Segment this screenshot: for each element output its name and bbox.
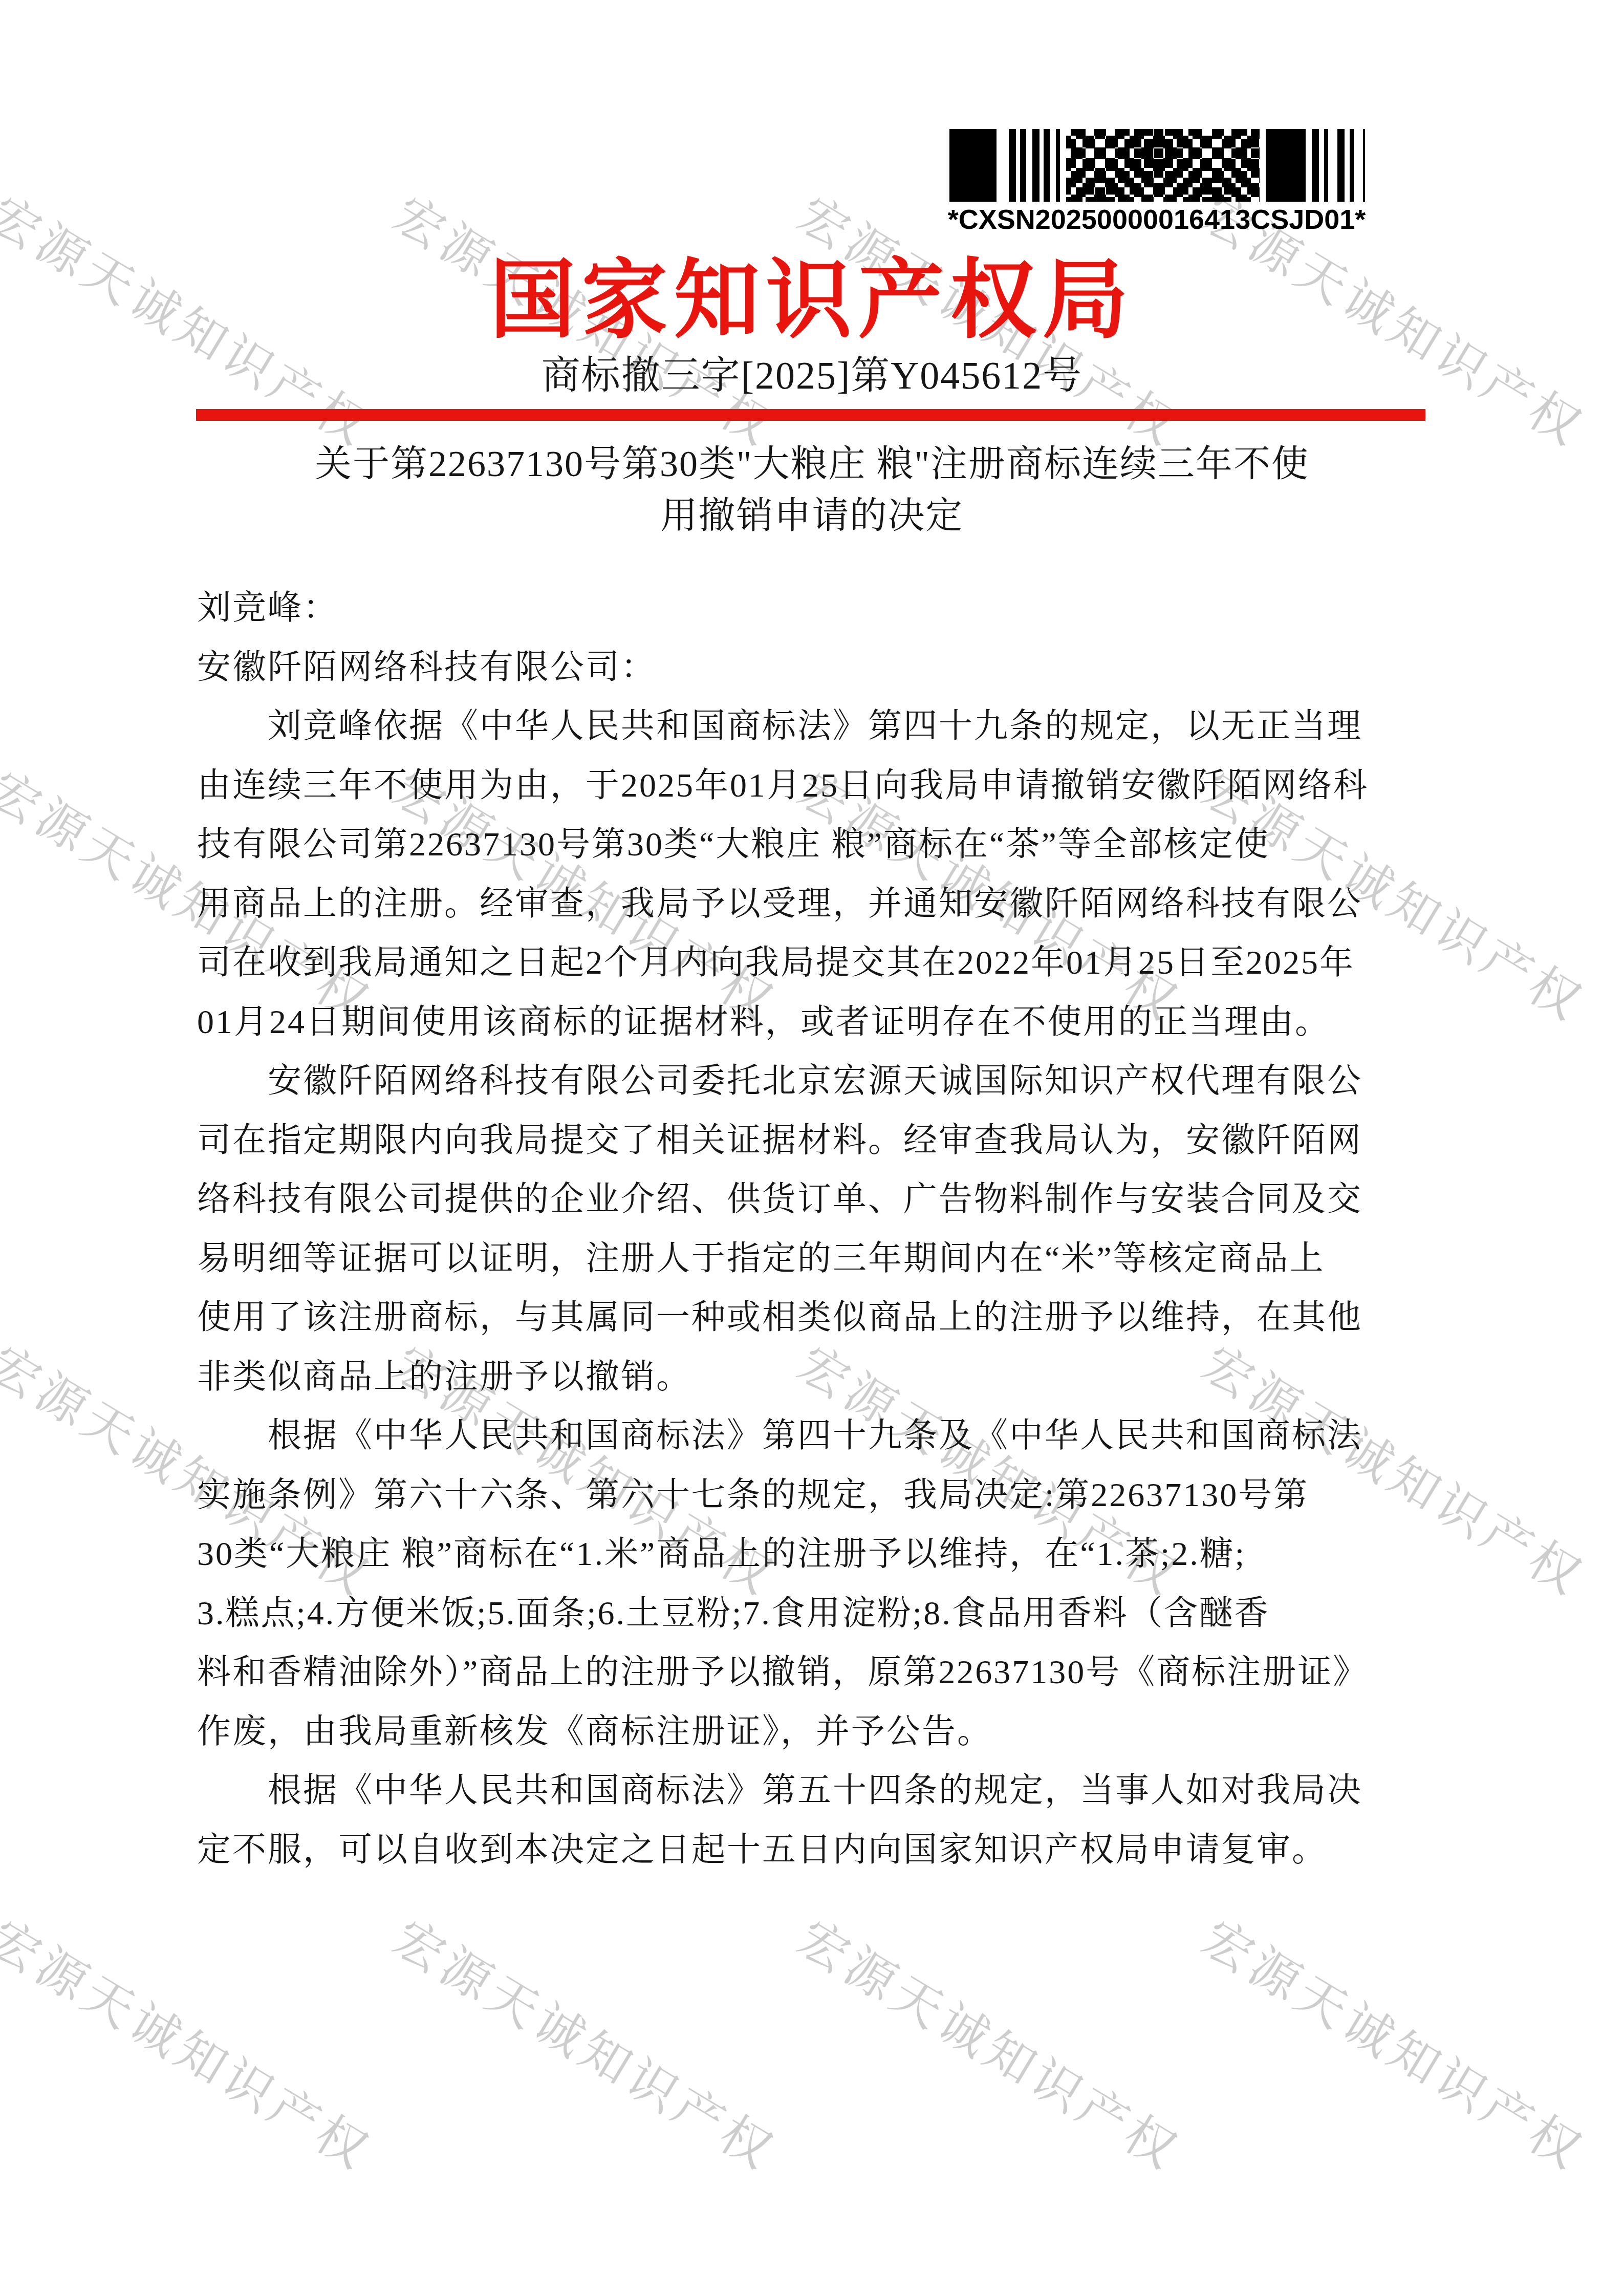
body-line: 用商品上的注册。经审查，我局予以受理，并通知安徽阡陌网络科技有限公 xyxy=(197,874,1431,934)
document-page: 宏源天诚知识产权宏源天诚知识产权宏源天诚知识产权宏源天诚知识产权宏源天诚知识产权… xyxy=(0,0,1624,2296)
body-line: 安徽阡陌网络科技有限公司委托北京宏源天诚国际知识产权代理有限公 xyxy=(197,1052,1431,1111)
body-line: 根据《中华人民共和国商标法》第五十四条的规定，当事人如对我局决 xyxy=(197,1761,1431,1820)
body-line: 司在指定期限内向我局提交了相关证据材料。经审查我局认为，安徽阡陌网 xyxy=(197,1111,1431,1170)
body-line: 司在收到我局通知之日起2个月内向我局提交其在2022年01月25日至2025年 xyxy=(197,933,1431,993)
decision-title: 关于第22637130号第30类"大粮庄 粮"注册商标连续三年不使 用撤销申请的… xyxy=(102,438,1522,542)
body-line: 30类“大粮庄 粮”商标在“1.米”商品上的注册予以维持，在“1.茶;2.糖; xyxy=(197,1525,1431,1584)
doc-number: 商标撤三字[2025]第Y045612号 xyxy=(0,344,1624,400)
body-line: 作废，由我局重新核发《商标注册证》，并予公告。 xyxy=(197,1702,1431,1762)
body-text: 刘竞峰：安徽阡陌网络科技有限公司：刘竞峰依据《中华人民共和国商标法》第四十九条的… xyxy=(197,578,1431,1879)
decision-title-line1: 关于第22637130号第30类"大粮庄 粮"注册商标连续三年不使 xyxy=(102,438,1522,490)
agency-title: 国家知识产权局 xyxy=(0,231,1624,355)
body-line: 刘竞峰依据《中华人民共和国商标法》第四十九条的规定，以无正当理 xyxy=(197,697,1431,756)
body-line: 实施条例》第六十六条、第六十七条的规定，我局决定:第22637130号第 xyxy=(197,1466,1431,1525)
body-line: 定不服，可以自收到本决定之日起十五日内向国家知识产权局申请复审。 xyxy=(197,1820,1431,1880)
barcode-stripes xyxy=(1312,129,1365,202)
body-line: 刘竞峰： xyxy=(197,578,1431,638)
body-line: 01月24日期间使用该商标的证据材料，或者证明存在不使用的正当理由。 xyxy=(197,993,1431,1052)
body-line: 根据《中华人民共和国商标法》第四十九条及《中华人民共和国商标法 xyxy=(197,1406,1431,1466)
body-line: 易明细等证据可以证明，注册人于指定的三年期间内在“米”等核定商品上 xyxy=(197,1229,1431,1289)
barcode-solid-block xyxy=(949,129,997,202)
red-divider xyxy=(196,409,1425,421)
body-line: 3.糕点;4.方便米饭;5.面条;6.土豆粉;7.食用淀粉;8.食品用香料（含醚… xyxy=(197,1584,1431,1643)
body-line: 安徽阡陌网络科技有限公司： xyxy=(197,638,1431,697)
document-content: *CXSN20250000016413CSJD01* 国家知识产权局 商标撤三字… xyxy=(0,0,1624,2296)
body-line: 技有限公司第22637130号第30类“大粮庄 粮”商标在“茶”等全部核定使 xyxy=(197,815,1431,874)
barcode-matrix xyxy=(1066,129,1260,202)
barcode-number: *CXSN20250000016413CSJD01* xyxy=(919,204,1395,235)
barcode xyxy=(949,129,1365,202)
body-line: 料和香精油除外）”商品上的注册予以撤销，原第22637130号《商标注册证》 xyxy=(197,1643,1431,1702)
barcode-stripes xyxy=(1003,129,1060,202)
barcode-solid-block xyxy=(1266,129,1306,202)
body-line: 络科技有限公司提供的企业介绍、供货订单、广告物料制作与安装合同及交 xyxy=(197,1170,1431,1229)
body-line: 使用了该注册商标，与其属同一种或相类似商品上的注册予以维持，在其他 xyxy=(197,1288,1431,1347)
body-line: 由连续三年不使用为由，于2025年01月25日向我局申请撤销安徽阡陌网络科 xyxy=(197,756,1431,816)
body-line: 非类似商品上的注册予以撤销。 xyxy=(197,1347,1431,1407)
decision-title-line2: 用撤销申请的决定 xyxy=(102,490,1522,542)
